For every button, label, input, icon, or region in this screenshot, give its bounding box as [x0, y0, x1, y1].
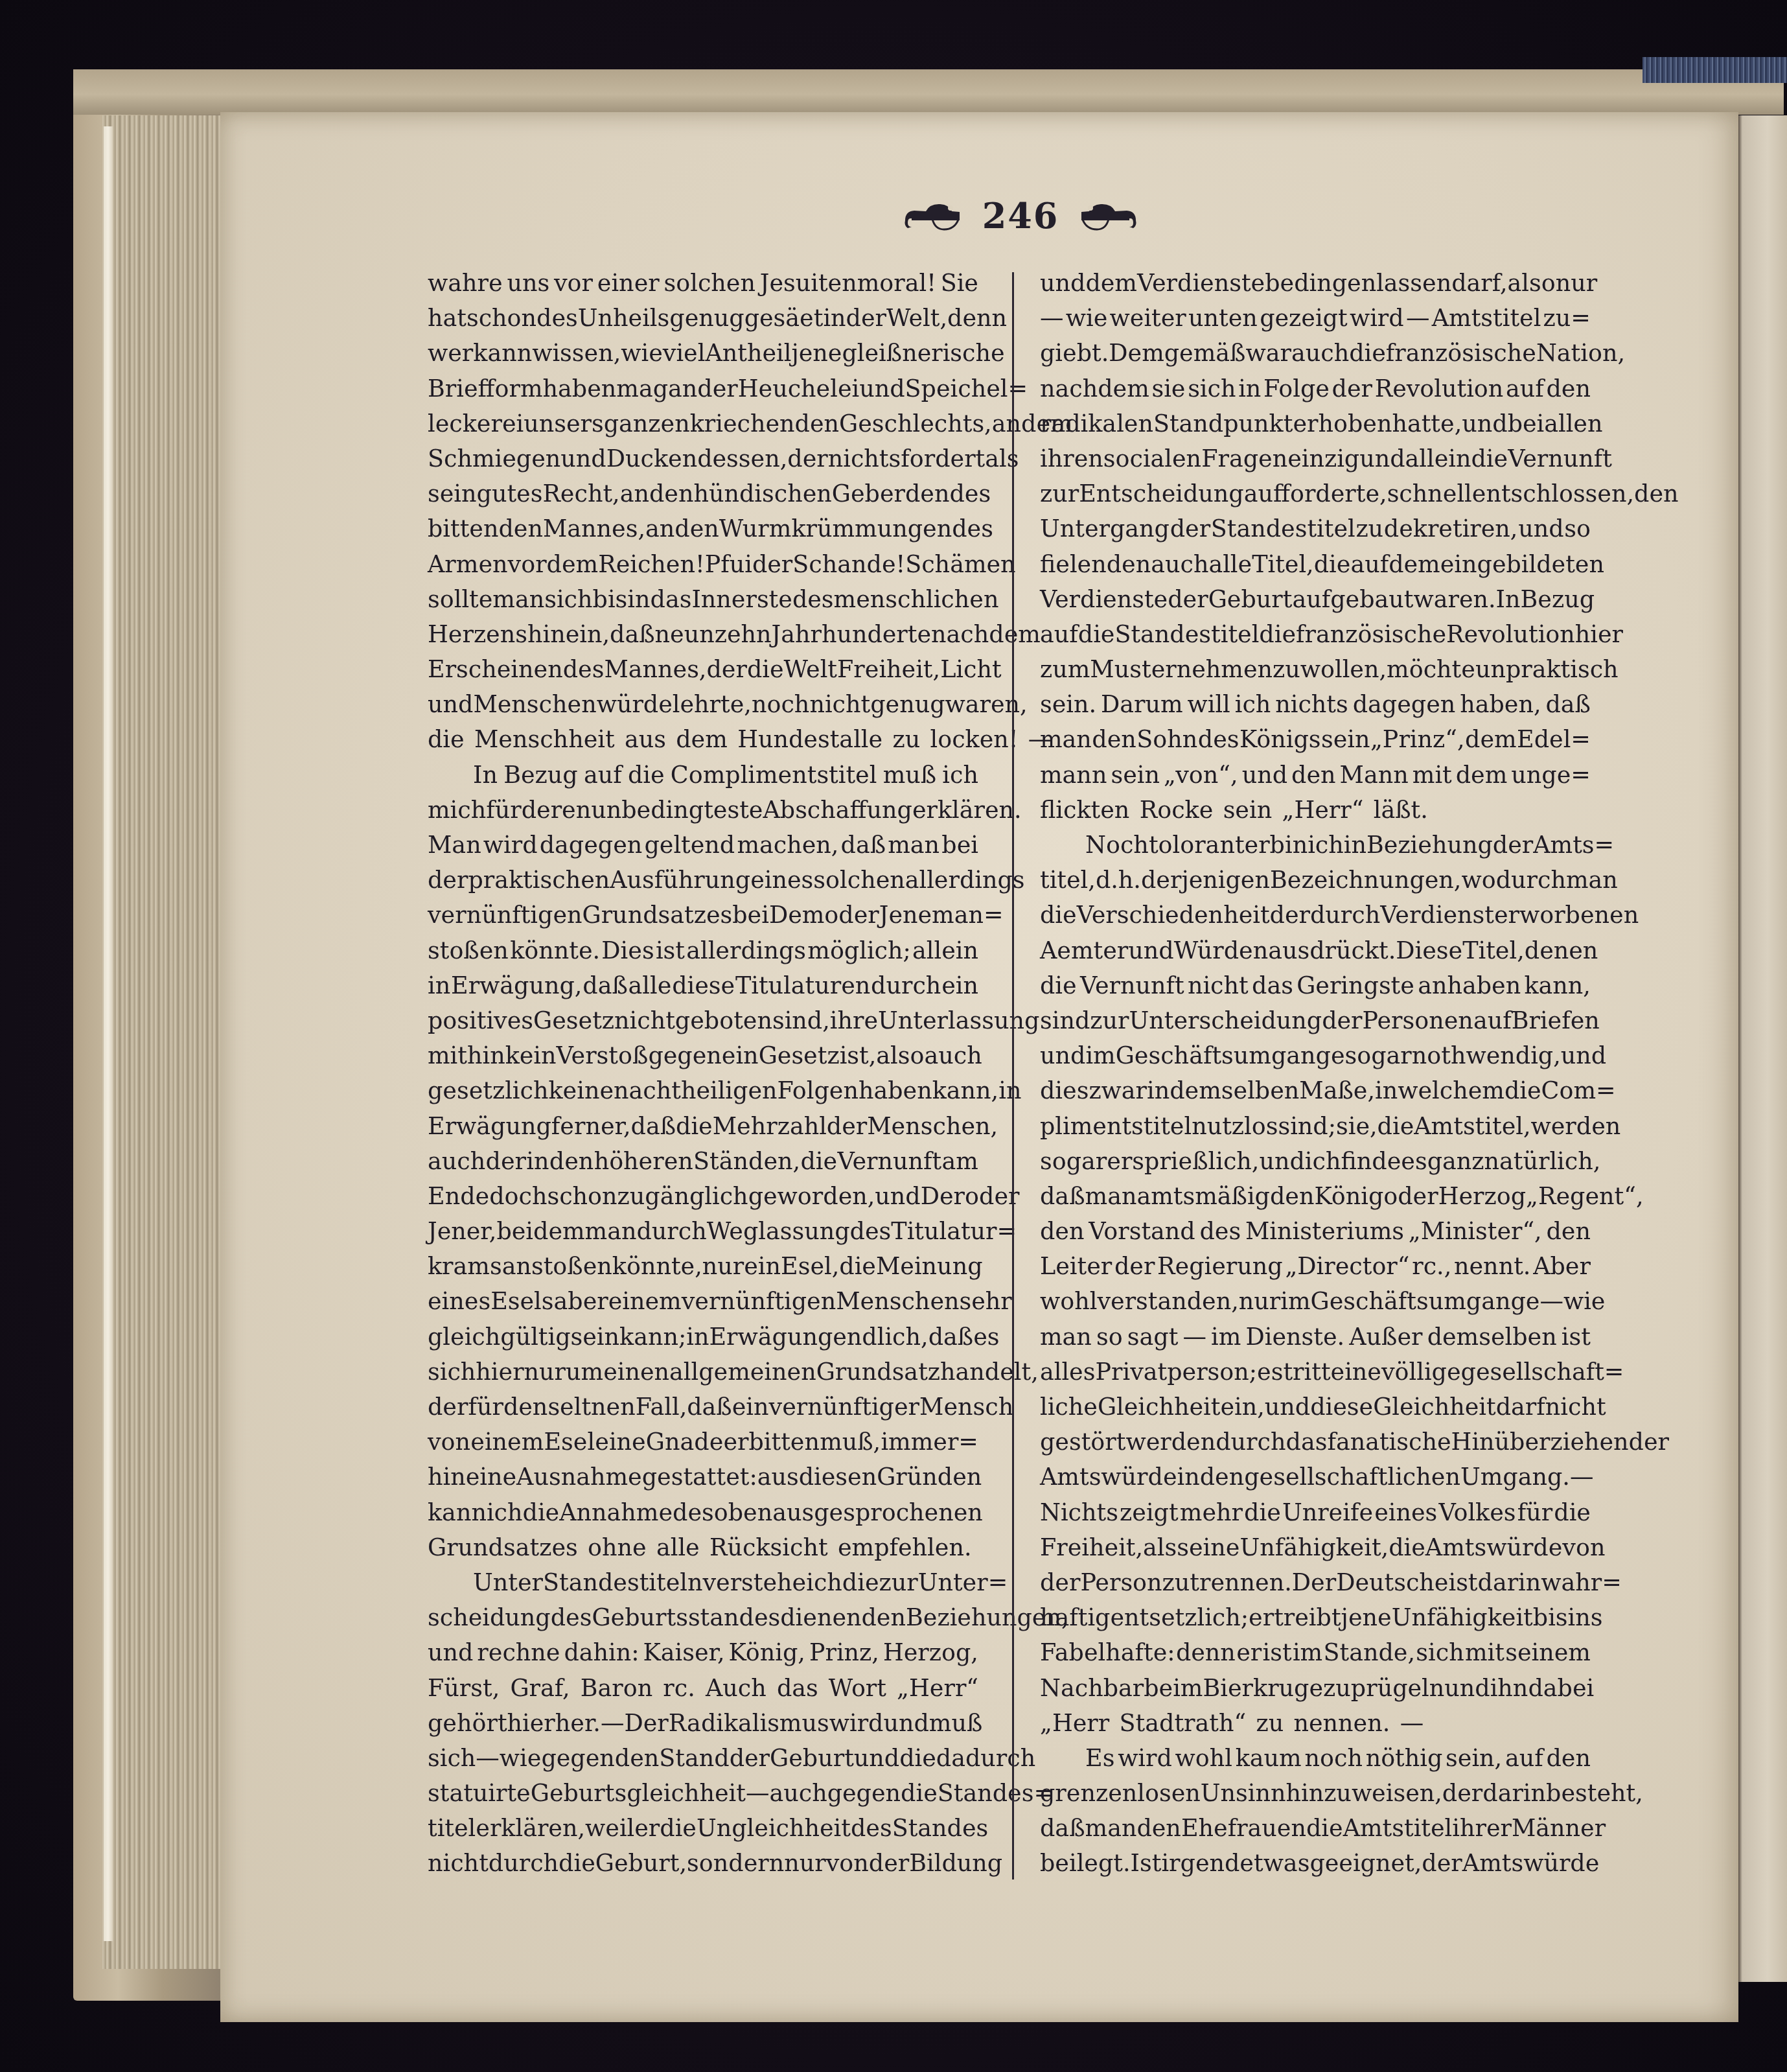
word: oder — [824, 898, 879, 933]
word: an — [645, 511, 674, 546]
word: Verdienste — [1040, 582, 1168, 617]
word: in — [998, 1073, 1021, 1108]
word: wer — [428, 336, 473, 371]
word: von — [1562, 1530, 1605, 1565]
word: Gesetz — [759, 1038, 840, 1073]
word: und — [1259, 1144, 1304, 1179]
word: etwas — [1239, 1846, 1309, 1881]
word: Person — [1080, 1565, 1162, 1600]
word: gegen — [827, 1776, 901, 1811]
word: Noch — [1085, 828, 1149, 863]
word: Maße, — [1299, 1073, 1375, 1108]
word: ins — [1568, 1600, 1603, 1635]
word: an — [620, 476, 649, 511]
text-line: AemterundWürdenausdrückt.DieseTitel,dene… — [1040, 933, 1591, 968]
word: mithin — [428, 1038, 505, 1073]
word: ist — [1562, 1320, 1591, 1355]
word: darf, — [1451, 266, 1507, 301]
word: „Regent“, — [1526, 1179, 1643, 1214]
word: durch — [871, 968, 941, 1003]
word: an — [992, 406, 1021, 441]
word: sein. — [1040, 687, 1096, 722]
word: die — [628, 758, 665, 793]
word: werden — [1531, 1109, 1621, 1144]
word: der — [1170, 511, 1210, 546]
word: ferner, — [551, 1109, 631, 1144]
word: solchen — [664, 266, 755, 301]
word: höheren — [594, 1144, 693, 1179]
text-line: UntergangderStandestitelzudekretiren,und… — [1040, 511, 1591, 546]
word: deren — [522, 793, 592, 828]
word: — — [601, 1706, 625, 1741]
word: die — [1505, 1073, 1541, 1108]
word: Ausführung — [610, 863, 750, 898]
word: Geschlechts, — [839, 406, 992, 441]
word: den — [1546, 1214, 1590, 1249]
word: Geberden — [832, 476, 950, 511]
word: verstehe — [702, 1565, 806, 1600]
word: praktischen — [468, 863, 610, 898]
word: gesetzlich — [428, 1073, 549, 1108]
text-line: Jener,beidemmandurchWeglassungdesTitulat… — [428, 1214, 978, 1249]
word: Ausnahme — [516, 1460, 642, 1495]
word: eine — [1331, 1355, 1381, 1390]
word: nur — [784, 1846, 825, 1881]
word: ist — [1263, 1635, 1292, 1670]
word: Innerste — [691, 582, 792, 617]
word: unsers — [524, 406, 604, 441]
word: des — [1198, 722, 1239, 757]
word: diese — [1310, 1390, 1373, 1425]
word: In — [1496, 582, 1521, 617]
word: bedingen — [1265, 266, 1376, 301]
word: bis — [1533, 1600, 1568, 1635]
word: „Prinz“, — [1370, 722, 1465, 757]
word: „Herr — [1040, 1706, 1109, 1741]
word: unten — [1188, 301, 1258, 336]
word: französische — [1386, 336, 1536, 371]
word: im — [1085, 1038, 1115, 1073]
word: nachdem — [1040, 371, 1149, 406]
word: bittenden — [428, 511, 543, 546]
word: im — [1280, 1284, 1310, 1319]
word: allerdings — [686, 933, 806, 968]
word: menschlichen — [834, 582, 999, 617]
word: daß — [582, 968, 628, 1003]
text-line: UnterStandestitelnversteheichdiezurUnter… — [428, 1565, 978, 1600]
word: Menschen, — [867, 1109, 998, 1144]
word: Unter — [473, 1565, 543, 1600]
word: in — [686, 1320, 709, 1355]
word: Standes= — [938, 1776, 1054, 1811]
word: hinein, — [527, 617, 610, 652]
word: Reichen! — [598, 547, 704, 582]
word: Briefform — [428, 371, 543, 406]
word: Aemter — [1040, 933, 1128, 968]
word: aufforderte, — [1244, 476, 1387, 511]
word: des — [851, 1811, 892, 1846]
word: möchte — [1387, 652, 1475, 687]
word: möglich; — [807, 933, 911, 968]
word: in — [1375, 1073, 1398, 1108]
word: dagegen — [1353, 687, 1456, 722]
text-line: ErscheinendesMannes,derdieWeltFreiheit,L… — [428, 652, 978, 687]
word: gesellschaft= — [1461, 1355, 1624, 1390]
word: titel, — [1040, 863, 1096, 898]
word: — — [476, 1741, 500, 1776]
word: ich — [1235, 687, 1271, 722]
word: fanatische — [1327, 1425, 1451, 1460]
word: weiter — [1110, 301, 1186, 336]
word: grenzenlosen — [1040, 1776, 1201, 1811]
word: dem — [1456, 758, 1508, 793]
word: haben, — [1460, 687, 1541, 722]
word: entsetzlich; — [1110, 1600, 1249, 1635]
word: flickten — [1040, 793, 1129, 828]
word: Geburt — [1208, 582, 1293, 617]
word: Abschaffung — [763, 793, 912, 828]
word: Esels — [490, 1284, 553, 1319]
word: und — [1040, 1038, 1085, 1073]
word: sind; — [1278, 1109, 1336, 1144]
word: dem — [1389, 547, 1440, 582]
word: — — [1400, 1706, 1424, 1741]
word: einem — [608, 1284, 682, 1319]
word: Gründen — [877, 1460, 982, 1495]
text-line: kramsanstoßenkönnte,nureinEsel,dieMeinun… — [428, 1249, 978, 1284]
text-line: ihrensocialenFrageneinzigundalleindieVer… — [1040, 441, 1591, 476]
word: Gesetz — [533, 1003, 614, 1038]
word: auch — [428, 1144, 485, 1179]
word: Dienste. — [1245, 1320, 1344, 1355]
word: auch — [1151, 547, 1208, 582]
word: am — [942, 1144, 978, 1179]
word: der — [1332, 371, 1372, 406]
word: Nachbar — [1040, 1671, 1144, 1706]
word: Darum — [1101, 687, 1183, 722]
word: Rocke — [1140, 793, 1214, 828]
word: und — [1444, 1671, 1490, 1706]
word: unge= — [1511, 758, 1591, 793]
word: Fragen — [1201, 441, 1287, 476]
word: Beziehung — [1366, 828, 1493, 863]
word: Revolution — [1375, 371, 1504, 406]
word: „von“, — [1164, 758, 1238, 793]
word: durch — [637, 1214, 707, 1249]
word: des — [563, 652, 605, 687]
word: derjenigen — [1141, 863, 1270, 898]
page-number: 246 — [982, 195, 1059, 237]
word: bei — [941, 828, 978, 863]
text-line: flicktenRockesein„Herr“läßt. — [1040, 793, 1591, 828]
word: Amtstitel — [1432, 301, 1541, 336]
word: gesäet — [744, 301, 824, 336]
word: allerdings — [905, 863, 1025, 898]
word: man — [888, 828, 940, 863]
word: dessen, — [697, 441, 787, 476]
word: sind, — [772, 1003, 830, 1038]
word: bei — [732, 898, 769, 933]
text-line: grenzenlosenUnsinnhinzuweisen,derdarinbe… — [1040, 1776, 1591, 1811]
word: zu — [1256, 1706, 1284, 1741]
word: beilegt. — [1040, 1846, 1131, 1881]
word: Außer — [1349, 1320, 1422, 1355]
word: Vernunft — [837, 1144, 941, 1179]
word: keine — [549, 1073, 614, 1108]
word: in — [1238, 371, 1261, 406]
word: sein — [1223, 793, 1273, 828]
word: geeignet, — [1309, 1846, 1422, 1881]
word: Heuchelei — [738, 371, 859, 406]
word: will — [1188, 687, 1230, 722]
word: handelt, — [940, 1355, 1039, 1390]
word: Ministeriums — [1245, 1214, 1404, 1249]
word: daß — [1040, 1811, 1085, 1846]
word: Der — [921, 1179, 965, 1214]
word: Bezug — [1521, 582, 1595, 617]
word: der — [730, 1741, 770, 1776]
text-line: seingutesRecht,andenhündischenGeberdende… — [428, 476, 978, 511]
text-line: dieMenschheitausdemHundestallezulocken!— — [428, 722, 978, 757]
word: Fürst, — [428, 1671, 500, 1706]
word: Auch — [706, 1671, 767, 1706]
word: sein — [428, 476, 477, 511]
word: nichts — [828, 441, 901, 476]
word: Verdienst — [1380, 898, 1494, 933]
word: der — [1040, 1565, 1080, 1600]
word: Mannes, — [543, 511, 645, 546]
text-line: beilegt.Istirgendetwasgeeignet,derAmtswü… — [1040, 1846, 1591, 1881]
word: ich — [942, 758, 978, 793]
text-line: solltemansichbisindasInnerstedesmenschli… — [428, 582, 978, 617]
word: Umgang. — [1460, 1460, 1570, 1495]
text-line: hatschondesUnheilsgenuggesäetinderWelt,d… — [428, 301, 978, 336]
word: dabei — [1528, 1671, 1594, 1706]
book-binding-cloth — [1643, 57, 1787, 83]
word: denn — [1176, 1635, 1236, 1670]
word: Schämen — [905, 547, 1015, 582]
word: allein — [912, 933, 978, 968]
text-column-right: unddemVerdienstebedingenlassendarf,alson… — [1040, 266, 1591, 1881]
word: der — [1168, 582, 1208, 617]
word: bei — [1508, 406, 1545, 441]
word: Geburtsgleichheit — [531, 1776, 746, 1811]
word: der — [787, 441, 827, 476]
word: radikalen — [1040, 406, 1153, 441]
word: Ungleichheit — [697, 1811, 851, 1846]
word: Esel, — [781, 1249, 839, 1284]
word: Erwägung — [428, 1109, 551, 1144]
word: auch — [769, 1776, 827, 1811]
word: darin — [1482, 1776, 1546, 1811]
word: auch — [1291, 336, 1349, 371]
word: Mannes, — [604, 652, 706, 687]
word: erklären, — [476, 1811, 585, 1846]
word: Ende — [428, 1179, 489, 1214]
word: Grundsatzes — [428, 1530, 578, 1565]
word: nur — [702, 1249, 744, 1284]
word: Jesuitenmoral! — [760, 266, 936, 301]
word: — — [1182, 1320, 1206, 1355]
word: wird — [1118, 1741, 1172, 1776]
word: Bildung — [909, 1846, 1002, 1881]
word: — — [1539, 1284, 1563, 1319]
word: sich — [1188, 371, 1236, 406]
word: Vorstand — [1089, 1214, 1195, 1249]
word: statuirte — [428, 1776, 531, 1811]
word: Sohn — [1136, 722, 1197, 757]
word: socialen — [1103, 441, 1201, 476]
word: Hundestalle — [737, 722, 882, 757]
word: der — [1442, 1776, 1482, 1811]
word: man — [1566, 863, 1618, 898]
word: rechne — [477, 1635, 560, 1670]
text-line: unddemVerdienstebedingenlassendarf,alson… — [1040, 266, 1591, 301]
word: hin — [428, 1460, 466, 1495]
word: der — [752, 547, 792, 582]
word: dem — [1085, 266, 1137, 301]
word: uns — [507, 266, 549, 301]
text-line: voneinemEseleineGnadeerbittenmuß,immer= — [428, 1425, 978, 1460]
word: Leiter — [1040, 1249, 1112, 1284]
word: Es — [1085, 1741, 1114, 1776]
word: der — [486, 1144, 526, 1179]
word: Ist — [1131, 1846, 1162, 1881]
text-line: mannsein„von“,unddenMannmitdemunge= — [1040, 758, 1591, 793]
word: mit — [1465, 1635, 1505, 1670]
word: und — [1265, 1390, 1310, 1425]
word: jene — [1341, 1600, 1392, 1635]
word: bei — [496, 1214, 533, 1249]
word: Titel, — [1462, 933, 1525, 968]
word: nicht — [809, 687, 870, 722]
word: Deutsche — [1336, 1565, 1448, 1600]
word: Unreife — [1282, 1495, 1373, 1530]
word: wie — [1066, 301, 1108, 336]
word: Amtstitel, — [1414, 1109, 1530, 1144]
word: dadurch — [936, 1741, 1035, 1776]
word: auch — [924, 1038, 982, 1073]
word: kein — [505, 1038, 557, 1073]
word: um — [566, 1355, 603, 1390]
word: ein — [744, 1249, 781, 1284]
word: den — [1270, 1179, 1314, 1214]
word: Amtstitel — [1343, 1811, 1453, 1846]
word: muß, — [820, 1425, 881, 1460]
page-header: 246 — [904, 193, 1137, 239]
word: Com= — [1541, 1073, 1616, 1108]
word: ganz — [1427, 1144, 1484, 1179]
word: alle — [628, 968, 672, 1003]
text-line: leckereiunsersganzenkriechendenGeschlech… — [428, 406, 978, 441]
word: zwar — [1089, 1073, 1147, 1108]
word: die — [1378, 1109, 1414, 1144]
word: des — [1199, 1214, 1241, 1249]
text-line: fielendenauchalleTitel,dieaufdemeingebil… — [1040, 547, 1591, 582]
text-line: gesetzlichkeinenachtheiligenFolgenhabenk… — [428, 1073, 978, 1108]
word: gleißnerische — [842, 336, 1004, 371]
word: Amts= — [1533, 828, 1614, 863]
word: Standestitel — [1211, 511, 1355, 546]
word: Jenem — [879, 898, 954, 933]
word: — — [1570, 1460, 1594, 1495]
word: entschlossen, — [1472, 476, 1634, 511]
word: und — [875, 1179, 920, 1214]
word: viel — [663, 336, 706, 371]
word: und — [859, 371, 905, 406]
word: eingebildeten — [1440, 547, 1604, 582]
word: zu — [1162, 1565, 1190, 1600]
word: Gleichheit — [1098, 1390, 1221, 1425]
word: die — [800, 1144, 837, 1179]
word: die — [523, 1495, 560, 1530]
word: Grundsatzes — [582, 898, 733, 933]
text-line: statuirteGeburtsgleichheit—auchgegendieS… — [428, 1776, 978, 1811]
word: Fall, — [636, 1390, 687, 1425]
word: toloranter — [1149, 828, 1270, 863]
word: die — [839, 1249, 876, 1284]
column-divider-rule — [1012, 272, 1014, 1880]
text-line: gehörthierher.—DerRadikalismuswirdundmuß — [428, 1706, 978, 1741]
text-line: NachbarbeimBierkrugezuprügelnundihndabei — [1040, 1671, 1591, 1706]
word: mag — [616, 371, 668, 406]
word: man — [1085, 1811, 1137, 1846]
word: dies — [1040, 1073, 1089, 1108]
word: Erscheinen — [428, 652, 563, 687]
word: zu — [1323, 1671, 1351, 1706]
word: zu — [1273, 652, 1300, 687]
word: kaum — [1236, 1741, 1302, 1776]
word: die — [1471, 441, 1508, 476]
word: ihrer — [1452, 1811, 1512, 1846]
word: den — [1546, 1741, 1590, 1776]
word: die — [901, 1776, 938, 1811]
word: er — [1236, 1635, 1262, 1670]
word: Briefen — [1512, 1003, 1600, 1038]
word: Männer — [1512, 1811, 1606, 1846]
text-line: nachdemsiesichinFolgederRevolutionaufden — [1040, 371, 1591, 406]
word: sie, — [1336, 1109, 1378, 1144]
word: Der — [1292, 1565, 1336, 1600]
word: der — [869, 1846, 909, 1881]
word: Weglassung — [707, 1214, 850, 1249]
word: Bezeichnungen, — [1270, 863, 1461, 898]
word: eines — [750, 863, 813, 898]
word: Folge — [1263, 371, 1330, 406]
word: Baron — [581, 1671, 653, 1706]
word: wie — [500, 1741, 542, 1776]
word: in — [627, 582, 650, 617]
word: Annahme — [559, 1495, 673, 1530]
word: ein, — [1220, 1390, 1264, 1425]
word: es — [1401, 1144, 1427, 1179]
word: genug — [870, 687, 945, 722]
word: der — [846, 301, 886, 336]
word: so — [1096, 1320, 1123, 1355]
word: erworbenen — [1494, 898, 1639, 933]
word: mehr — [1180, 1495, 1243, 1530]
word: und — [560, 441, 606, 476]
word: hatte, — [1392, 406, 1462, 441]
word: mich — [428, 793, 486, 828]
word: natürlich, — [1484, 1144, 1601, 1179]
text-line: mithinkeinVerstoßgegeneinGesetzist,alsoa… — [428, 1038, 978, 1073]
word: d. — [1096, 863, 1118, 898]
word: Privatperson; — [1095, 1355, 1257, 1390]
text-line: Herzenshinein,daßneunzehnJahrhundertenac… — [428, 617, 978, 652]
word: Schande! — [792, 547, 905, 582]
word: Graf, — [510, 1671, 570, 1706]
